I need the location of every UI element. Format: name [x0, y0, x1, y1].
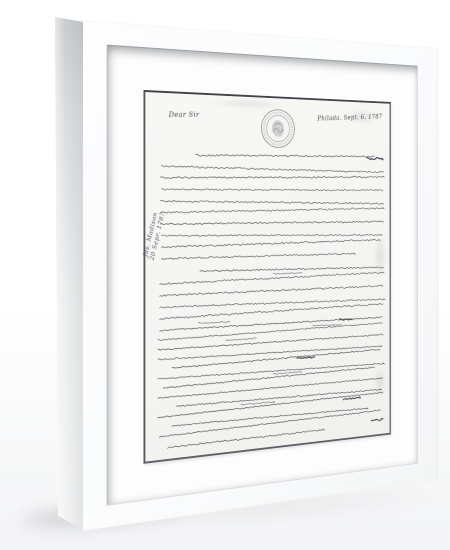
- mat-board: Dear Sir Philada. Sept. 6. 1787 Jas. Mad…: [107, 45, 418, 506]
- handwriting-lines: [145, 92, 389, 462]
- framed-letter-product-photo: Dear Sir Philada. Sept. 6. 1787 Jas. Mad…: [0, 0, 450, 550]
- picture-frame-front: Dear Sir Philada. Sept. 6. 1787 Jas. Mad…: [83, 20, 438, 531]
- letter-sheet: Dear Sir Philada. Sept. 6. 1787 Jas. Mad…: [144, 90, 391, 464]
